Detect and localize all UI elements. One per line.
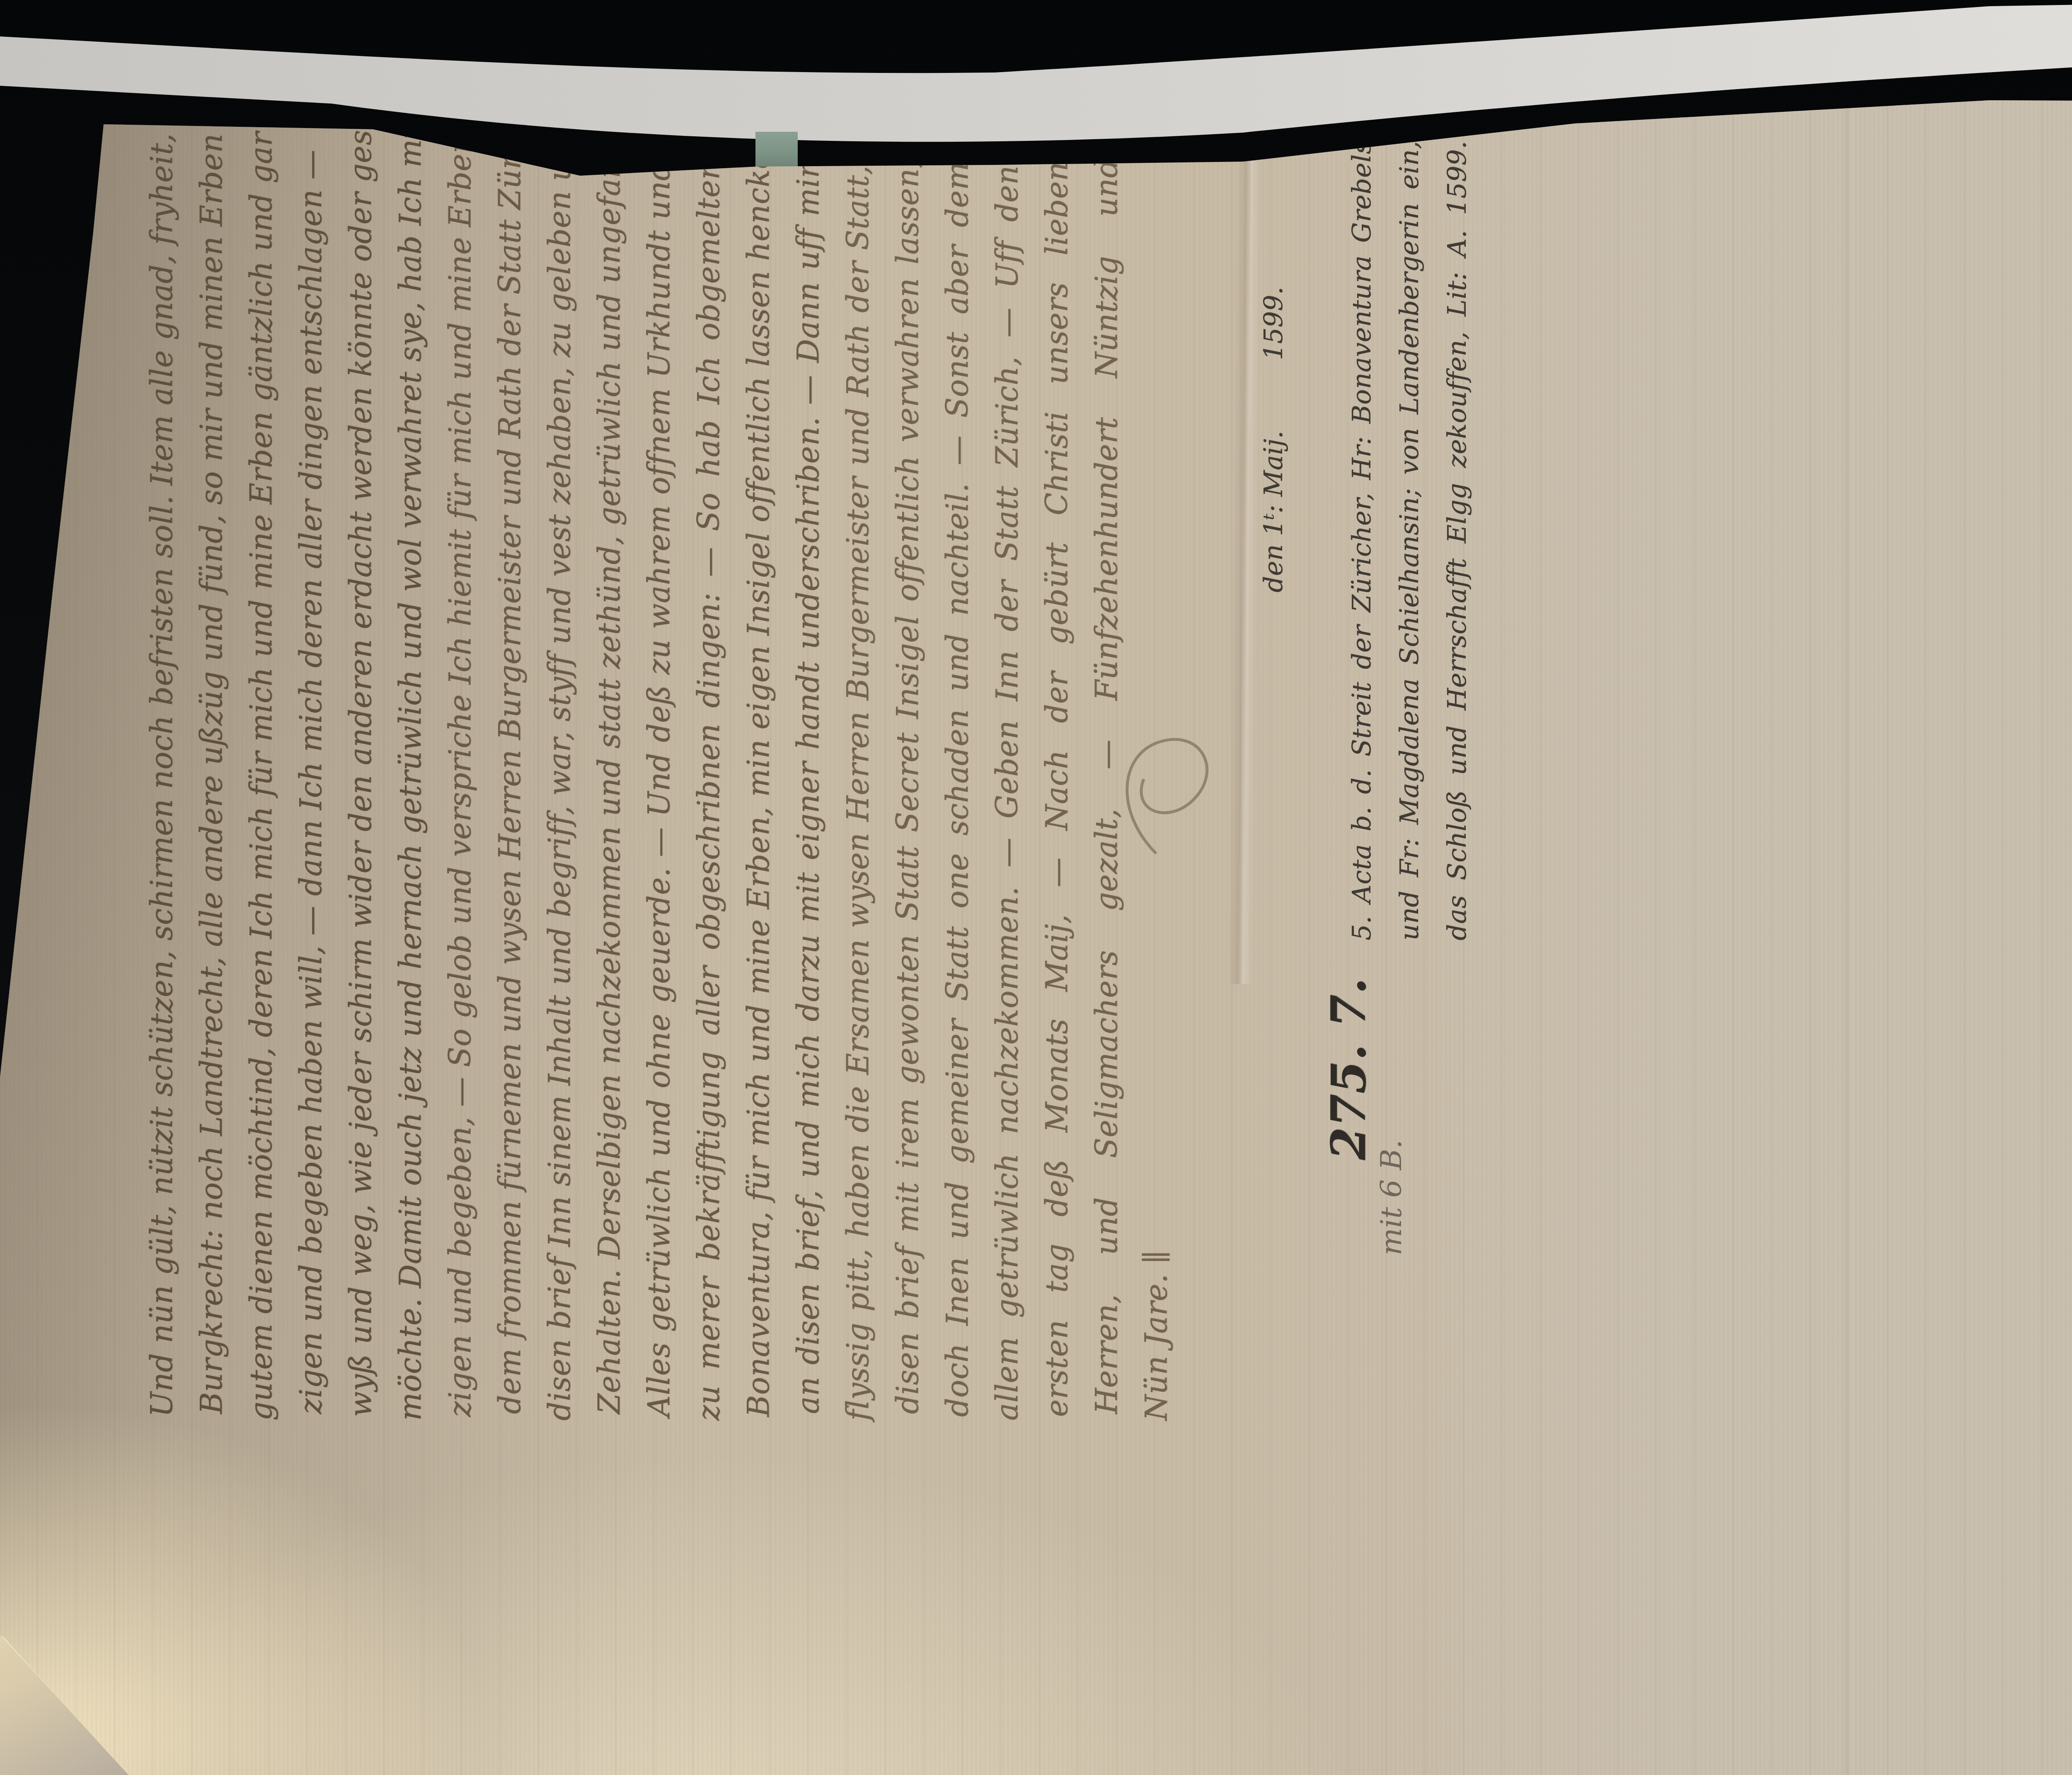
manuscript-line: allem getrüwlich nachzekommen. — Geben I…: [982, 165, 1032, 1421]
manuscript-line: wyß und weg, wie jeder schirm wider den …: [336, 162, 385, 1417]
manuscript-line: Nün Jare. ∥: [1131, 165, 1181, 1421]
manuscript-line: Herren, und Seligmachers gezalt, — Fünfz…: [1082, 159, 1131, 1414]
manuscript-line: gutem dienen möchtind, deren Ich mich fü…: [236, 165, 286, 1421]
manuscript-line: Und nün gült, nützit schützen, schirmen …: [137, 162, 186, 1417]
attachments-note: mit 6 B.: [1360, 1023, 1422, 1255]
manuscript-line: möchte. Damit ouch jetz und hernach getr…: [385, 165, 435, 1421]
manuscript-line: Alles getrüwlich und ohne geuerde. — Und…: [634, 162, 684, 1417]
docket-date-text: den 1ᵗ: Maij.: [1258, 430, 1288, 592]
manuscript-page: Und nün gült, nützit schützen, schirmen …: [0, 0, 2072, 1775]
pen-flourish: [0, 0, 2072, 1775]
manuscript-line: flyssig pitt, haben die Ersamen wysen He…: [833, 165, 883, 1421]
docket-line: und Fr: Magdalena Schielhansin; von Land…: [1385, 141, 1433, 941]
manuscript-line: zigen und begeben, — So gelob und verspr…: [435, 162, 485, 1417]
docket-line: 5. Acta b. d. Streit der Züricher, Hr: B…: [1338, 141, 1385, 941]
bookmark-tab: [755, 132, 798, 169]
archive-number: 275. 7.: [1314, 961, 1384, 1160]
manuscript-line: Burgkrecht: noch Landtrecht, alle andere…: [186, 159, 236, 1414]
paper-crease: [1228, 106, 1261, 984]
manuscript-line: Bonaventura, für mich und mine Erben, mi…: [733, 162, 783, 1417]
docket-annotation: 5. Acta b. d. Streit der Züricher, Hr: B…: [1338, 141, 1481, 941]
paper-crease: [1841, 102, 1856, 1775]
manuscript-line: doch Inen und gemeiner Statt one schaden…: [932, 162, 982, 1417]
docket-date-year: 1599.: [1258, 287, 1288, 360]
manuscript-line: dem frommen fürnemen und wysen Herren Bu…: [485, 159, 535, 1414]
photo-of-manuscript: Und nün gült, nützit schützen, schirmen …: [0, 0, 2072, 1775]
manuscript-line: zigen und begeben haben will, — dann Ich…: [286, 159, 336, 1414]
manuscript-line: zu merer bekräfftigung aller obgeschribn…: [684, 165, 733, 1421]
manuscript-text-block: Und nün gült, nützit schützen, schirmen …: [137, 162, 1185, 1417]
docket-date: den 1ᵗ: Maij.1599.: [1242, 178, 1305, 592]
manuscript-line: an disen brief, und mich darzu mit eigne…: [783, 159, 833, 1414]
manuscript-line: Zehalten. Derselbigen nachzekommen und s…: [584, 159, 634, 1414]
manuscript-line: disen brief mit irem gewonten Statt Secr…: [883, 159, 932, 1414]
docket-line: das Schloß und Herrschafft Elgg zekouffe…: [1433, 141, 1481, 941]
manuscript-line: disen brief Inn sinem Inhalt und begriff…: [535, 165, 584, 1421]
manuscript-line: ersten tag deß Monats Maij, — Nach der g…: [1032, 162, 1082, 1417]
